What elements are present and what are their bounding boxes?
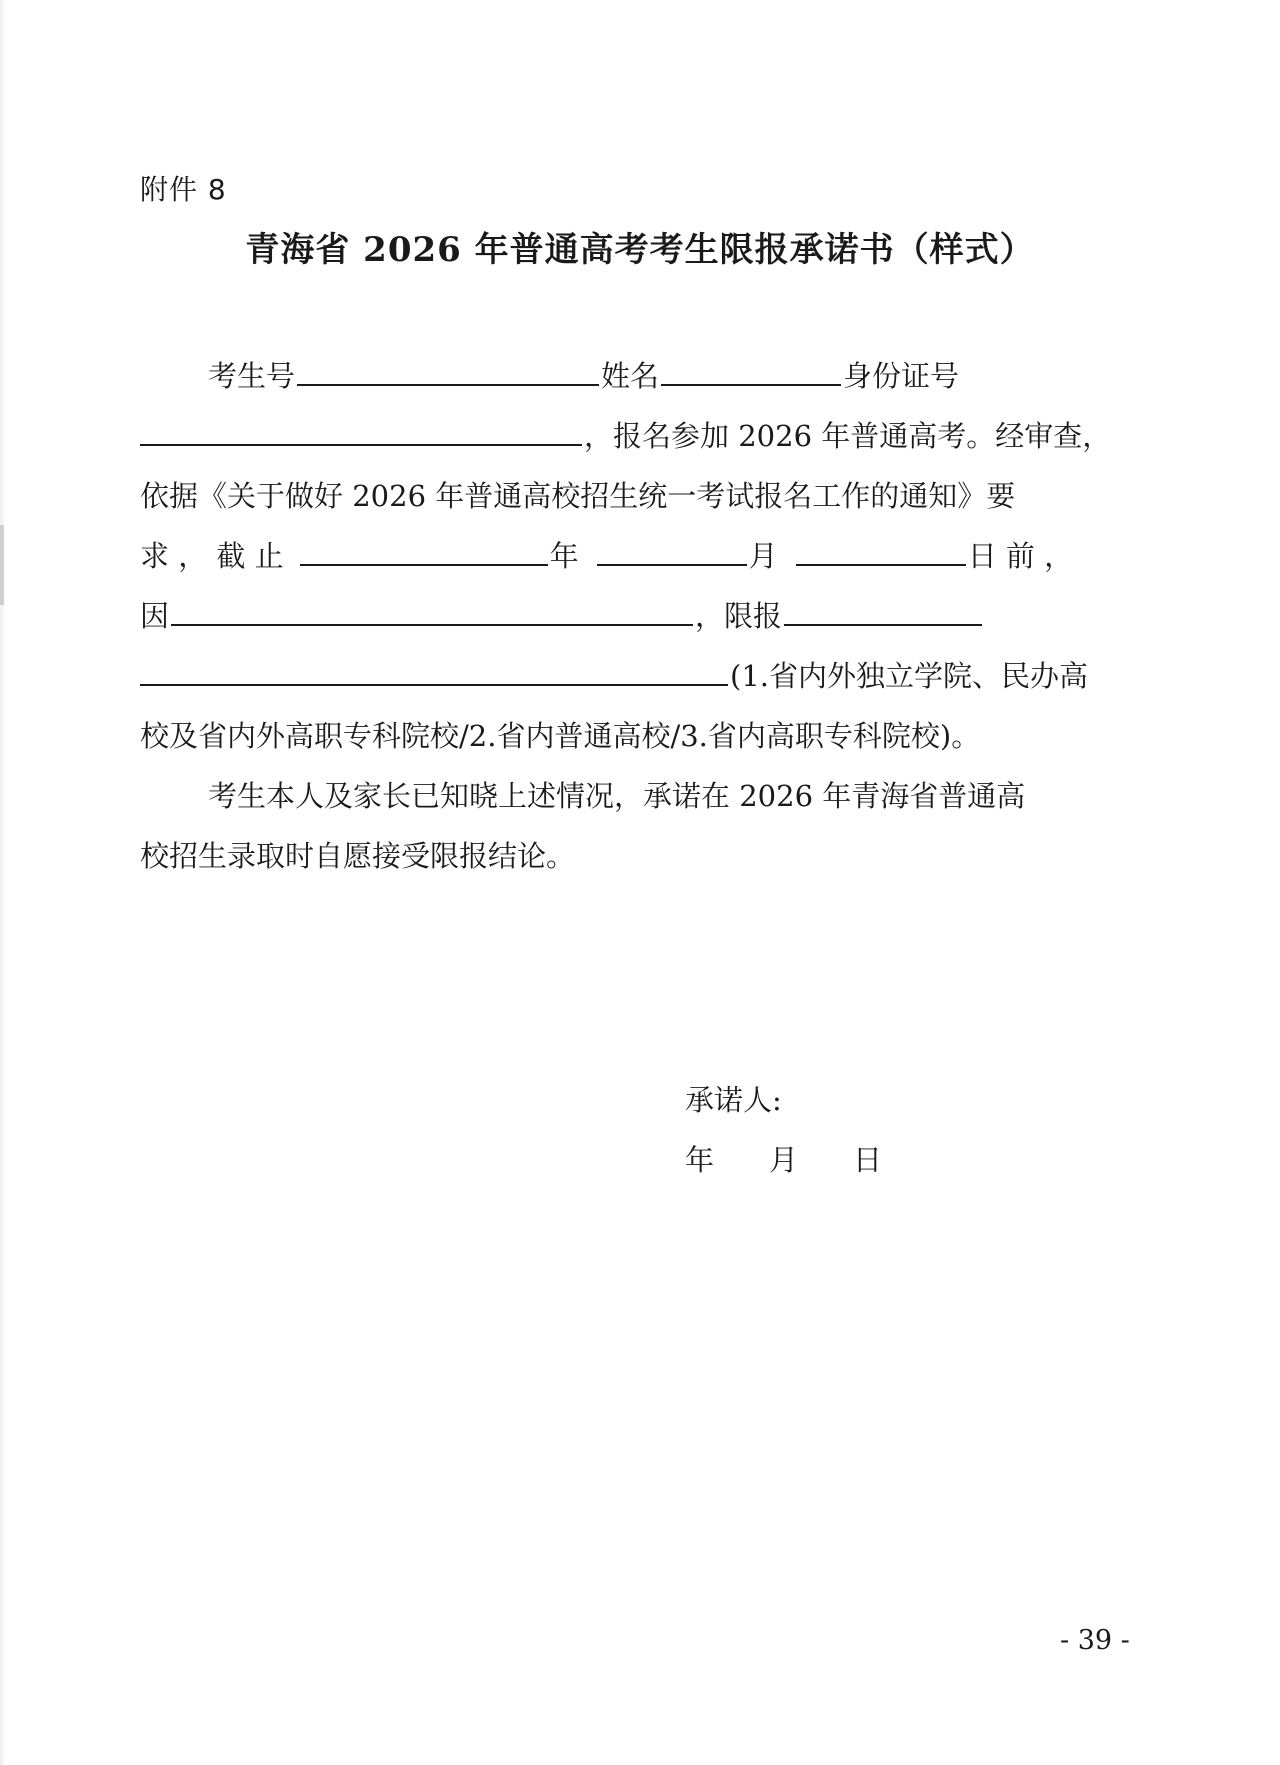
line-7-text: 校及省内外高职专科院校/2.省内普通高校/3.省内高职专科院校)。 [140,719,980,753]
deadline-month-field[interactable] [597,536,747,566]
form-line-3: 依据《关于做好 2026 年普通高校招生统一考试报名工作的通知》要 [140,476,1150,516]
line-9-text: 校招生录取时自愿接受限报结论。 [140,839,575,873]
signature-year-label: 年 [685,1138,769,1179]
form-line-6: (1.省内外独立学院、民办高 [140,656,1150,696]
reason-field[interactable] [171,596,693,626]
line-6-text: (1.省内外独立学院、民办高 [730,659,1088,693]
exam-number-field[interactable] [297,356,599,386]
document-title: 青海省 2026 年普通高考考生限报承诺书（样式） [0,222,1280,271]
signature-month-label: 月 [769,1138,853,1179]
deadline-year-field[interactable] [300,536,548,566]
reason-prefix: 因 [140,599,169,633]
signature-day-label: 日 [853,1138,882,1179]
scan-edge-mark [0,525,4,605]
month-label: 月 [749,539,778,573]
form-line-5: 因，限报 [140,596,1150,636]
restrict-field[interactable] [784,596,982,626]
form-line-1: 考生号姓名身份证号 [140,356,1150,396]
form-line-2: ，报名参加 2026 年普通高考。经审查， [140,416,1150,456]
deadline-prefix: 求 ， 截 止 [140,539,284,573]
form-line-7: 校及省内外高职专科院校/2.省内普通高校/3.省内高职专科院校)。 [140,716,1150,756]
restrict-label: ，限报 [695,599,782,633]
name-label: 姓名 [601,359,659,393]
form-line-8: 考生本人及家长已知晓上述情况，承诺在 2026 年青海省普通高 [140,776,1150,816]
form-line-4: 求 ， 截 止年月日 前 ， [140,536,1150,576]
signer-label: 承诺人: [685,1078,782,1119]
exam-number-label: 考生号 [208,359,295,393]
line-8-text: 考生本人及家长已知晓上述情况，承诺在 2026 年青海省普通高 [208,779,1025,813]
name-field[interactable] [661,356,841,386]
day-label: 日 前 ， [968,539,1073,573]
restrict-category-field[interactable] [140,656,728,686]
attachment-label: 附件 8 [140,168,227,208]
line-3-text: 依据《关于做好 2026 年普通高校招生统一考试报名工作的通知》要 [140,479,1015,513]
line-2-text: ，报名参加 2026 年普通高考。经审查， [584,419,1111,453]
signature-date: 年月日 [685,1138,882,1179]
id-number-field[interactable] [140,416,582,446]
deadline-day-field[interactable] [796,536,966,566]
id-number-label: 身份证号 [843,359,959,393]
form-line-9: 校招生录取时自愿接受限报结论。 [140,836,1150,876]
year-label: 年 [550,539,579,573]
page-number: - 39 - [1060,1625,1130,1656]
